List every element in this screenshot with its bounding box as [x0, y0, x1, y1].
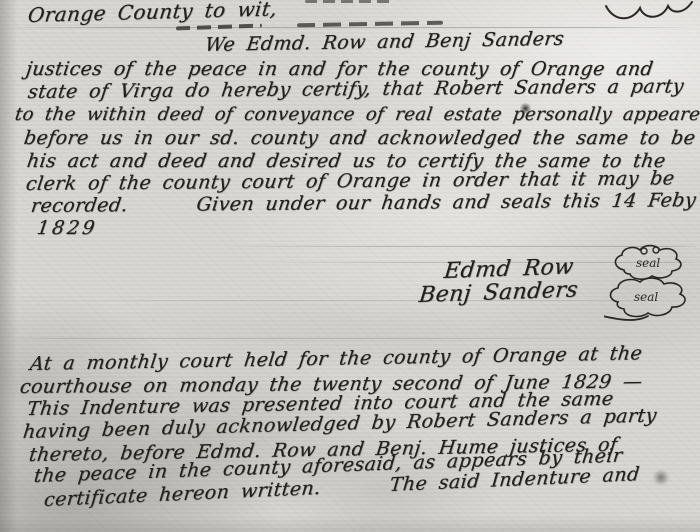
paper-fold-line — [0, 262, 700, 263]
certificate-line: 1829 — [36, 219, 99, 238]
certificate-line: before us in our sd. county and acknowle… — [23, 129, 697, 148]
document-scan: Orange County to wit, We Edmd. Row and B… — [0, 0, 700, 532]
paper-fold-line — [0, 338, 700, 339]
certificate-line: to the within deed of conveyance of real… — [14, 106, 700, 124]
cropped-flourish-mark — [602, 0, 697, 22]
seal-scribble-top: seal — [615, 246, 681, 280]
paper-fold-line — [0, 246, 700, 247]
ink-blot — [520, 102, 531, 115]
seal-word: seal — [636, 256, 660, 270]
signature-benj-sanders: Benj Sanders — [418, 279, 579, 307]
ink-blot — [652, 470, 670, 485]
seal-word: seal — [634, 290, 658, 304]
paper-fold-line — [0, 27, 700, 28]
seal-scribble-bottom: seal — [604, 278, 685, 320]
seal-icon: seal seal — [604, 244, 700, 330]
paper-fold-line — [0, 300, 700, 301]
smudge-mark — [305, 0, 395, 3]
county-heading: Orange County to wit, — [27, 0, 278, 25]
